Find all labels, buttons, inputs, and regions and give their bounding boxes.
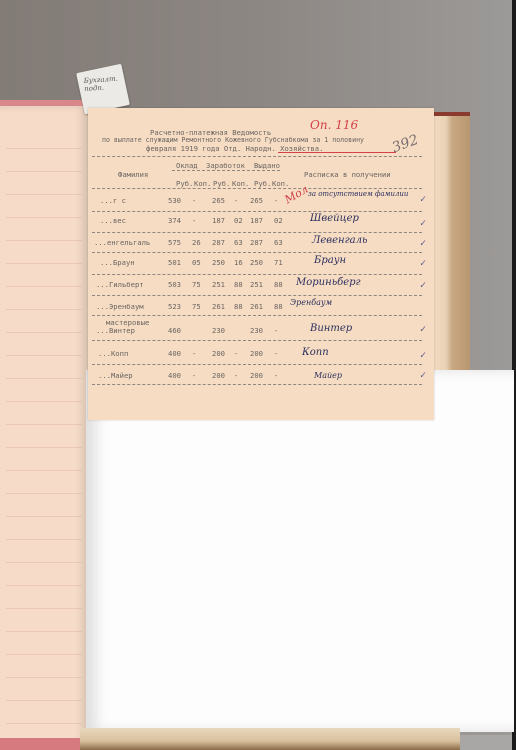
vyd-kop: 02 [274, 216, 283, 225]
check-mark-icon: ✓ [420, 280, 426, 291]
oklad-rub: 503 [168, 280, 181, 289]
oklad-rub: 400 [168, 371, 181, 380]
oklad-kop: - [192, 216, 196, 225]
col-oklad: Оклад [176, 161, 198, 170]
signature: Майер [314, 371, 342, 380]
separator [92, 384, 422, 385]
col-signature: Расписка в получении [304, 170, 391, 179]
signature: Левенгаль [312, 235, 367, 246]
check-mark-icon: ✓ [420, 350, 426, 361]
check-mark-icon: ✓ [420, 324, 426, 335]
row-name: ...Винтер [96, 326, 135, 335]
col-unit-rub: Руб. [176, 179, 193, 188]
zar-kop: - [234, 349, 238, 358]
vyd-rub: 200 [250, 349, 263, 358]
table-row: ...Браун 501 05 250 16 250 71 Браун ✓ [88, 254, 434, 274]
ledger-bottom-tab [0, 738, 82, 750]
oklad-kop: - [192, 349, 196, 358]
zar-rub: 265 [212, 196, 225, 205]
zar-rub: 287 [212, 238, 225, 247]
col-unit-kop: Коп. [232, 179, 249, 188]
zar-kop: - [234, 371, 238, 380]
oklad-rub: 374 [168, 216, 181, 225]
signature: за отсутствием фамилии [308, 190, 408, 198]
oklad-rub: 575 [168, 238, 181, 247]
col-fio: Фамилия [118, 170, 148, 179]
check-mark-icon: ✓ [420, 218, 426, 229]
table-row: ...енгельгаль 575 26 287 63 287 63 Левен… [88, 234, 434, 254]
vyd-rub: 250 [250, 258, 263, 267]
separator [92, 188, 422, 189]
ruled-lines [6, 126, 82, 726]
oklad-rub: 530 [168, 196, 181, 205]
zar-kop: - [234, 196, 238, 205]
separator [92, 295, 422, 296]
signature: Браун [314, 255, 346, 266]
separator [92, 274, 422, 275]
zar-rub: 200 [212, 371, 225, 380]
zar-rub: 187 [212, 216, 225, 225]
vyd-kop: 71 [274, 258, 283, 267]
vyd-rub: 261 [250, 302, 263, 311]
col-zarabotok: Заработок [206, 161, 245, 170]
zar-kop: 02 [234, 216, 243, 225]
row-name: ...Копп [98, 349, 128, 358]
col-unit-kop: Коп. [194, 179, 211, 188]
row-name: ...Гильберт [96, 280, 144, 289]
zar-rub: 251 [212, 280, 225, 289]
separator [92, 252, 422, 253]
zar-rub: 200 [212, 349, 225, 358]
zar-rub: 230 [212, 326, 225, 335]
sticky-note-text: Бухгалт. подп. [83, 74, 125, 93]
col-unit-kop: Коп. [272, 179, 289, 188]
separator [92, 340, 422, 341]
archive-annotation: Оп. 116 [310, 118, 358, 132]
vyd-kop: - [274, 326, 278, 335]
vyd-rub: 187 [250, 216, 263, 225]
separator [92, 364, 422, 365]
oklad-kop: 26 [192, 238, 201, 247]
oklad-kop: - [192, 371, 196, 380]
table-row: ...Копп 400 - 200 - 200 - Копп ✓ [88, 344, 434, 364]
row-name: ...Браун [100, 258, 135, 267]
separator [172, 170, 280, 171]
oklad-rub: 460 [168, 326, 181, 335]
table-row: ...Майер 400 - 200 - 200 - Майер ✓ [88, 366, 434, 386]
vyd-kop: - [274, 349, 278, 358]
row-name: ...вес [100, 216, 126, 225]
vyd-rub: 230 [250, 326, 263, 335]
signature: Копп [302, 347, 329, 358]
row-name: ...г с [100, 196, 126, 205]
row-name: ...енгельгаль [94, 238, 150, 247]
signature: Эренбаум [290, 298, 332, 307]
col-vydano: Выдано [254, 161, 280, 170]
oklad-rub: 400 [168, 349, 181, 358]
row-name: ...Майер [98, 371, 133, 380]
left-ledger-page [0, 100, 88, 750]
zar-rub: 250 [212, 258, 225, 267]
oklad-kop: 75 [192, 280, 201, 289]
check-mark-icon: ✓ [420, 258, 426, 269]
zar-kop: 88 [234, 280, 243, 289]
blank-backing-sheet [86, 370, 514, 732]
zar-kop: 16 [234, 258, 243, 267]
table-row: ...вес 374 - 187 02 187 02 Швейцер ✓ [88, 212, 434, 232]
check-mark-icon: ✓ [420, 370, 426, 381]
vyd-rub: 251 [250, 280, 263, 289]
separator [92, 232, 422, 233]
vyd-kop: 88 [274, 280, 283, 289]
oklad-kop: 75 [192, 302, 201, 311]
zar-kop: 63 [234, 238, 243, 247]
bottom-corner [460, 735, 512, 750]
oklad-kop: 05 [192, 258, 201, 267]
vyd-kop: 63 [274, 238, 283, 247]
zar-kop: 88 [234, 302, 243, 311]
check-mark-icon: ✓ [420, 194, 426, 205]
table-row: мастеровые ...Винтер 460 230 230 - Винте… [88, 318, 434, 338]
vyd-rub: 287 [250, 238, 263, 247]
payroll-statement: Расчетно-платежная Ведомость по выплате … [88, 108, 434, 420]
row-name: ...Эренбаум [96, 302, 144, 311]
signature: Мориньберг [296, 277, 361, 288]
zar-rub: 261 [212, 302, 225, 311]
oklad-rub: 523 [168, 302, 181, 311]
vyd-rub: 265 [250, 196, 263, 205]
bottom-page-edges [80, 728, 460, 750]
vyd-rub: 200 [250, 371, 263, 380]
red-underline [278, 152, 396, 153]
oklad-kop: - [192, 196, 196, 205]
check-mark-icon: ✓ [420, 238, 426, 249]
separator [92, 315, 422, 316]
col-unit-rub: Руб. [254, 179, 271, 188]
signature: Винтер [310, 323, 352, 334]
table-row: ...г с 530 - 265 - 265 - Мол за отсутств… [88, 192, 434, 212]
separator [92, 156, 422, 157]
oklad-rub: 501 [168, 258, 181, 267]
vyd-kop: - [274, 371, 278, 380]
col-unit-rub: Руб. [213, 179, 230, 188]
table-row: ...Гильберт 503 75 251 88 251 88 Мориньб… [88, 276, 434, 296]
vyd-kop: - [274, 196, 278, 205]
signature: Швейцер [310, 213, 359, 224]
vyd-kop: 88 [274, 302, 283, 311]
